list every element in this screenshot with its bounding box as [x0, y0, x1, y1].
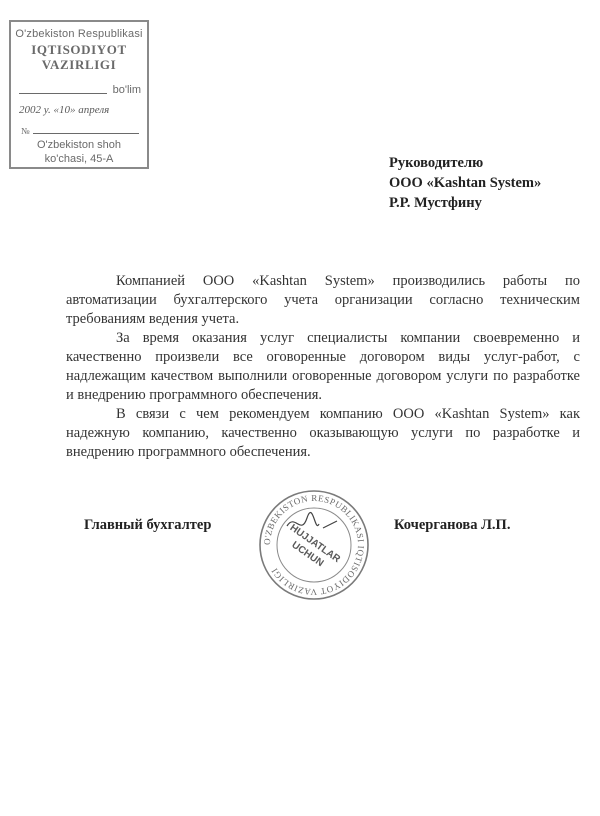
stamp-republic: O'zbekiston Respublikasi: [11, 28, 147, 40]
paragraph-text: Компанией ООО «Kashtan System» производи…: [66, 272, 580, 329]
stamp-number-field: №: [21, 124, 139, 136]
letter-paragraph-2: За время оказания услуг специалисты комп…: [66, 329, 580, 405]
recipient-name: Р.Р. Мустфину: [389, 193, 541, 213]
stamp-date: 2002 y. «10» апреля: [19, 104, 109, 116]
letter-paragraph-3: В связи с чем рекомендуем компанию ООО «…: [66, 405, 580, 462]
stamp-rule: [33, 133, 139, 134]
stamp-address-line2: ko'chasi, 45-A: [11, 153, 147, 165]
paragraph-text: За время оказания услуг специалисты комп…: [66, 329, 580, 405]
stamp-ministry-line2: VAZIRLIGI: [11, 57, 147, 73]
stamp-department-label: bo'lim: [113, 84, 141, 96]
signer-title: Главный бухгалтер: [84, 517, 211, 534]
stamp-address-line1: O'zbekiston shoh: [11, 139, 147, 151]
recipient-company: ООО «Kashtan System»: [389, 173, 541, 193]
recipient-block: Руководителю ООО «Kashtan System» Р.Р. М…: [389, 153, 541, 213]
letter-paragraph-1: Компанией ООО «Kashtan System» производи…: [66, 272, 580, 329]
stamp-rule: [19, 93, 107, 94]
stamp-department-field: bo'lim: [19, 82, 141, 96]
round-seal: O'ZBEKISTON RESPUBLIKASI IQTISODIYOT VAZ…: [257, 488, 371, 602]
recipient-position: Руководителю: [389, 153, 541, 173]
paragraph-text: В связи с чем рекомендуем компанию ООО «…: [66, 405, 580, 462]
stamp-ministry-line1: IQTISODIYOT: [11, 42, 147, 58]
signer-name: Кочерганова Л.П.: [394, 517, 510, 534]
ministry-stamp: O'zbekiston Respublikasi IQTISODIYOT VAZ…: [9, 20, 149, 169]
stamp-number-symbol: №: [21, 126, 30, 136]
